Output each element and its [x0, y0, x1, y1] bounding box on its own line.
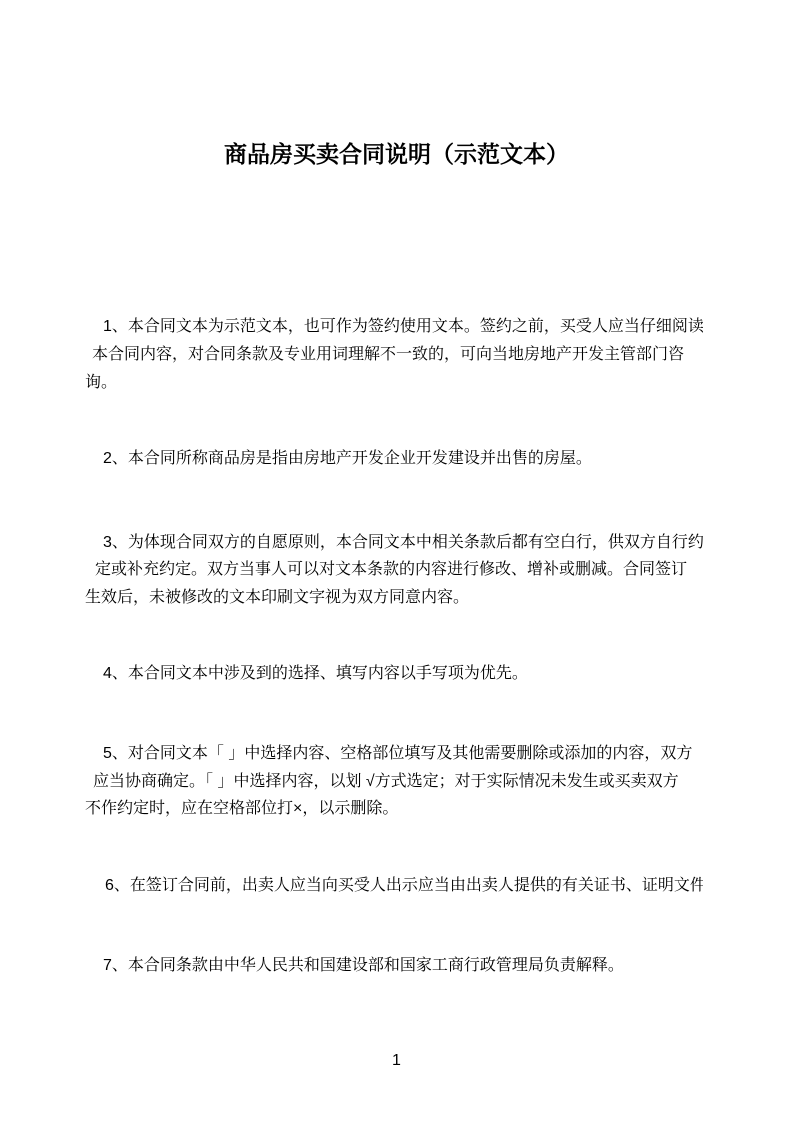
paragraph-5-line-1: 5、对合同文本「 」中选择内容、空格部位填写及其他需要删除或添加的内容，双方	[85, 740, 703, 767]
document-title: 商品房买卖合同说明（示范文本）	[0, 139, 793, 169]
paragraph-3-line-3: 生效后，未被修改的文本印刷文字视为双方同意内容。	[85, 584, 703, 611]
paragraph-1-line-1: 1、本合同文本为示范文本，也可作为签约使用文本。签约之前，买受人应当仔细阅读	[85, 313, 703, 340]
paragraph-2-line-1: 2、本合同所称商品房是指由房地产开发企业开发建设并出售的房屋。	[85, 445, 703, 472]
paragraph-7-line-1: 7、本合同条款由中华人民共和国建设部和国家工商行政管理局负责解释。	[85, 952, 703, 979]
paragraph-5-line-2: 应当协商确定。「 」中选择内容，以划 √方式选定；对于实际情况未发生或买卖双方	[85, 768, 703, 795]
paragraph-3-line-2: 定或补充约定。双方当事人可以对文本条款的内容进行修改、增补或删减。合同签订	[85, 556, 703, 583]
paragraph-5-line-3: 不作约定时，应在空格部位打×，以示删除。	[85, 795, 703, 822]
paragraph-6-line-1: 6、在签订合同前，出卖人应当向买受人出示应当由出卖人提供的有关证书、证明文件	[85, 872, 703, 899]
paragraph-4-line-1: 4、本合同文本中涉及到的选择、填写内容以手写项为优先。	[85, 660, 703, 687]
paragraph-1-line-3: 询。	[85, 369, 703, 396]
paragraph-3-line-1: 3、为体现合同双方的自愿原则，本合同文本中相关条款后都有空白行，供双方自行约	[85, 529, 703, 556]
document-page: 商品房买卖合同说明（示范文本） 1、本合同文本为示范文本，也可作为签约使用文本。…	[0, 0, 793, 1122]
paragraph-1-line-2: 本合同内容，对合同条款及专业用词理解不一致的，可向当地房地产开发主管部门咨	[85, 341, 703, 368]
page-number: 1	[0, 1051, 793, 1071]
